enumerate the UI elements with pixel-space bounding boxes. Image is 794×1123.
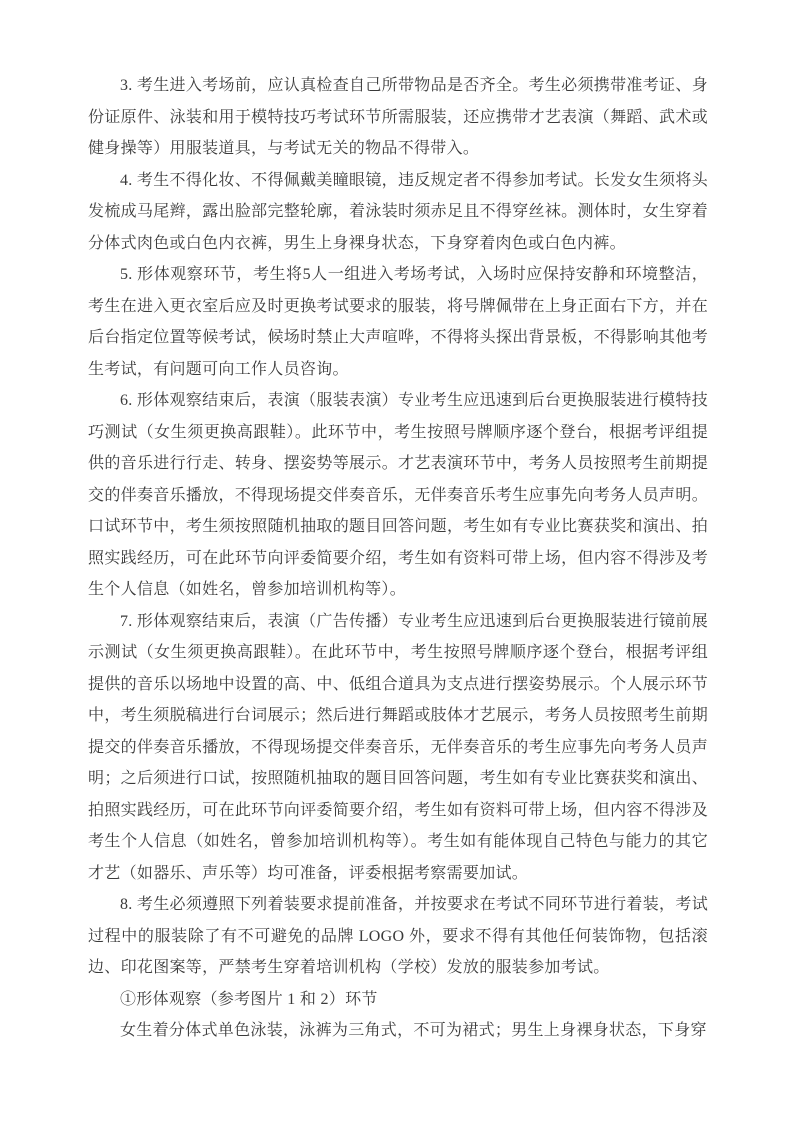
paragraph-item-7: 7. 形体观察结束后，表演（广告传播）专业考生应迅速到后台更换服装进行镜前展示测… [88, 606, 708, 890]
paragraph-item-8: 8. 考生必须遵照下列着装要求提前准备，并按要求在考试不同环节进行着装，考试过程… [88, 889, 708, 984]
paragraph-swimwear-requirement: 女生着分体式单色泳装，泳裤为三角式，不可为裙式；男生上身裸身状态，下身穿 [88, 1015, 708, 1047]
paragraph-item-3: 3. 考生进入考场前，应认真检查自己所带物品是否齐全。考生必须携带准考证、身份证… [88, 70, 708, 165]
paragraph-item-5: 5. 形体观察环节，考生将5人一组进入考场考试，入场时应保持安静和环境整洁，考生… [88, 259, 708, 385]
paragraph-item-6: 6. 形体观察结束后，表演（服装表演）专业考生应迅速到后台更换服装进行模特技巧测… [88, 385, 708, 606]
paragraph-subitem-1: ①形体观察（参考图片 1 和 2）环节 [88, 984, 708, 1016]
document-page: 3. 考生进入考场前，应认真检查自己所带物品是否齐全。考生必须携带准考证、身份证… [0, 0, 794, 1123]
paragraph-item-4: 4. 考生不得化妆、不得佩戴美瞳眼镜，违反规定者不得参加考试。长发女生须将头发梳… [88, 165, 708, 260]
